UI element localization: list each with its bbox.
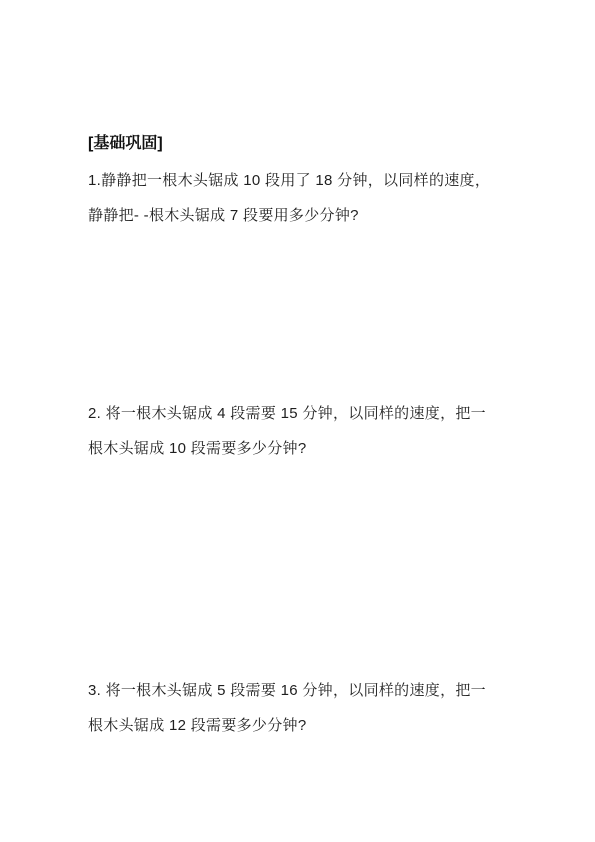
question-2: 2. 将一根木头锯成 4 段需要 15 分钟，以同样的速度，把一 根木头锯成 1… — [88, 396, 486, 466]
question-1-line-1: 1.静静把一根木头锯成 10 段用了 18 分钟，以同样的速度， — [88, 163, 490, 198]
question-1-line-2: 静静把- -根木头锯成 7 段要用多少分钟? — [88, 198, 490, 233]
question-3: 3. 将一根木头锯成 5 段需要 16 分钟，以同样的速度，把一 根木头锯成 1… — [88, 673, 486, 743]
question-1: 1.静静把一根木头锯成 10 段用了 18 分钟，以同样的速度， 静静把- -根… — [88, 163, 490, 233]
section-header: [基础巩固] — [88, 134, 163, 154]
question-2-line-1: 2. 将一根木头锯成 4 段需要 15 分钟，以同样的速度，把一 — [88, 396, 486, 431]
document-page: [基础巩固] 1.静静把一根木头锯成 10 段用了 18 分钟，以同样的速度， … — [0, 0, 595, 842]
question-3-line-2: 根木头锯成 12 段需要多少分钟? — [88, 708, 486, 743]
question-3-line-1: 3. 将一根木头锯成 5 段需要 16 分钟，以同样的速度，把一 — [88, 673, 486, 708]
question-2-line-2: 根木头锯成 10 段需要多少分钟? — [88, 431, 486, 466]
